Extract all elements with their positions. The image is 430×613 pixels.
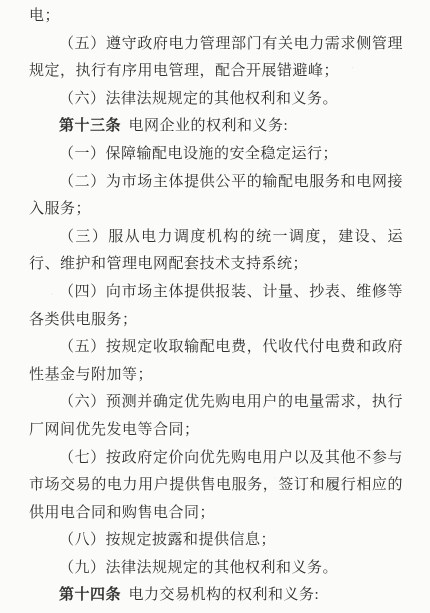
clause-item: （七）按政府定价向优先购电用户以及其他不参与市场交易的电力用户提供售电服务，签订… <box>29 445 403 528</box>
clause-item: （六）法律法规规定的其他权利和义务。 <box>29 86 403 114</box>
clause-item: （二）为市场主体提供公平的输配电服务和电网接入服务； <box>29 169 403 224</box>
article-title: 电力交易机构的权利和义务: <box>129 587 320 603</box>
document-page: 电； （五）遵守政府电力管理部门有关电力需求侧管理规定，执行有序用电管理，配合开… <box>0 0 430 613</box>
article-title: 电网企业的权利和义务: <box>129 118 289 134</box>
article-number: 第十三条 <box>59 118 121 134</box>
clause-item: （六）预测并确定优先购电用户的电量需求，执行厂网间优先发电等合同； <box>29 389 403 444</box>
clause-item: （九）法律法规规定的其他权利和义务。 <box>29 555 403 583</box>
article-number: 第十四条 <box>59 587 121 603</box>
clause-item: （一）保障输配电设施的安全稳定运行； <box>29 141 403 169</box>
paragraph-continuation: 电； <box>29 3 403 31</box>
article-heading: 第十四条电力交易机构的权利和义务: <box>29 582 403 610</box>
clause-item: （八）按规定披露和提供信息； <box>29 527 403 555</box>
article-heading: 第十三条电网企业的权利和义务: <box>29 113 403 141</box>
clause-item: （五）遵守政府电力管理部门有关电力需求侧管理规定，执行有序用电管理，配合开展错避… <box>29 31 403 86</box>
clause-item: （四）向市场主体提供报装、计量、抄表、维修等各类供电服务； <box>29 279 403 334</box>
clause-item: （三）服从电力调度机构的统一调度，建设、运行、维护和管理电网配套技术支持系统； <box>29 224 403 279</box>
clause-item: （五）按规定收取输配电费，代收代付电费和政府性基金与附加等； <box>29 334 403 389</box>
